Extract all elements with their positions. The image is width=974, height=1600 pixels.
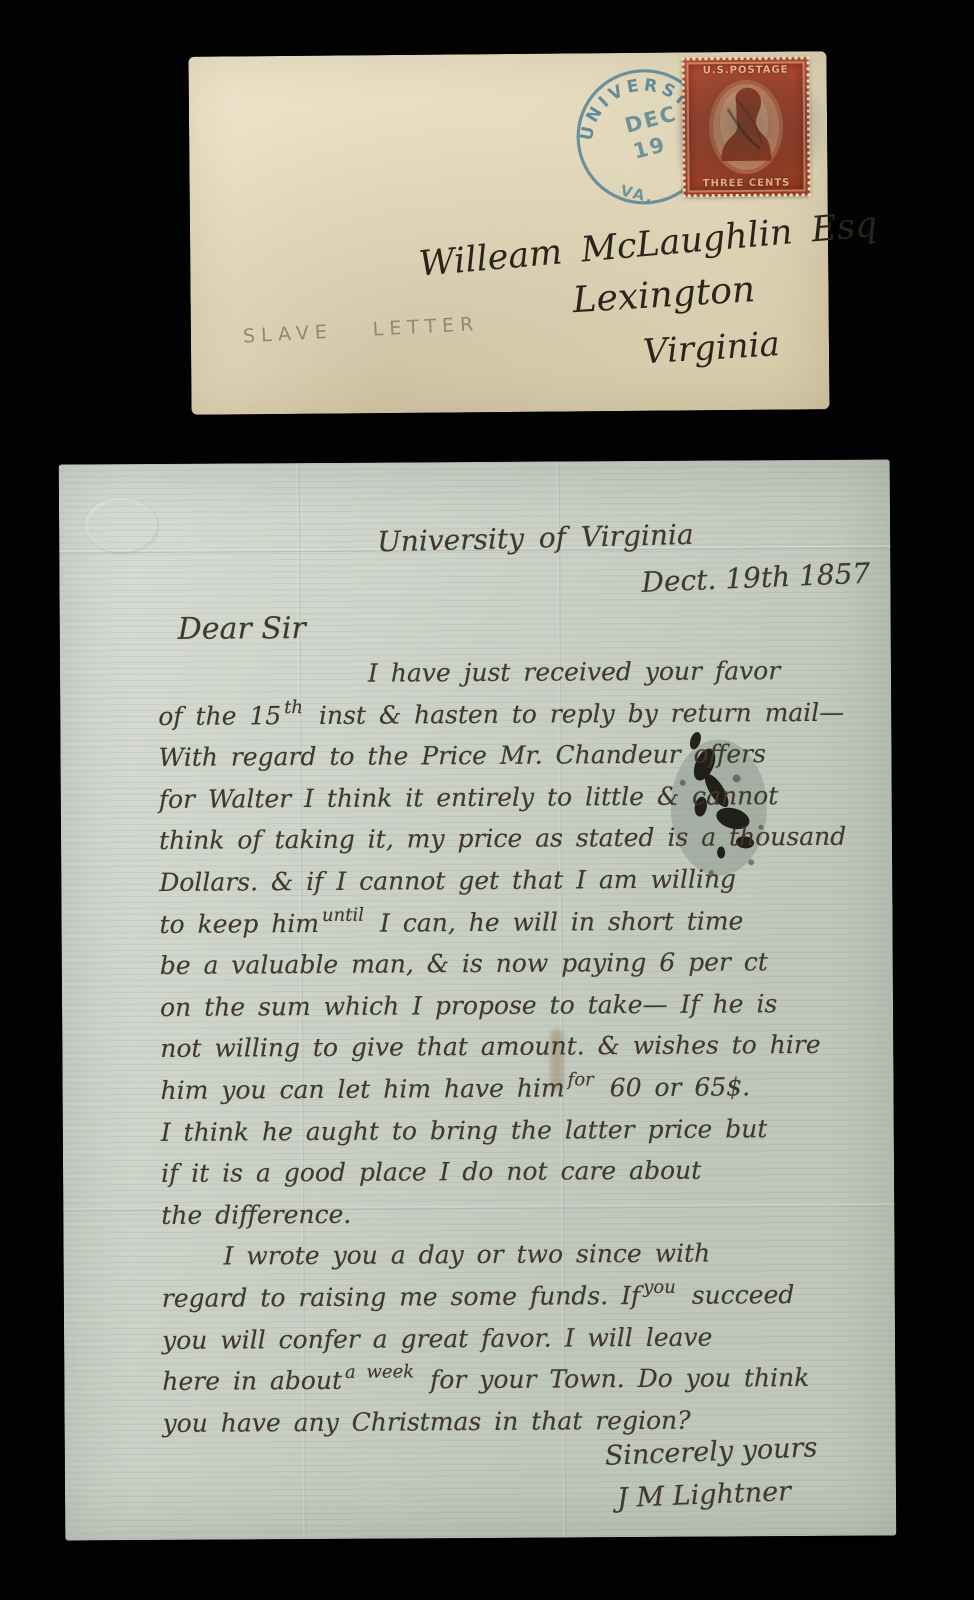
postmark-state: VA. [619, 181, 656, 206]
letter-line: the difference. [161, 1196, 858, 1242]
letter-line-text: you have any Christmas in that region? [162, 1405, 690, 1437]
washington-portrait-icon [706, 77, 787, 178]
address-line-2: Lexington [571, 269, 756, 321]
letter-line-text: inst & hasten to reply by return mail— [306, 697, 844, 729]
letter-line: I have just received your favor [368, 656, 855, 701]
letter-line: here in abouta week for your Town. Do yo… [162, 1363, 859, 1409]
letter-line-text: him you can let him have him [160, 1073, 564, 1104]
stamp-top-text: U.S.POSTAGE [683, 64, 809, 76]
letter-line: regard to raising me some funds. Ifyou s… [162, 1280, 859, 1326]
stationery-embossing [85, 498, 157, 552]
letter-line-text: I wrote you a day or two since with [223, 1239, 710, 1271]
letter-line-text: I have just received your favor [368, 656, 780, 688]
letter-line: I think he aught to bring the latter pri… [161, 1113, 858, 1159]
letter-line: for Walter I think it entirely to little… [159, 780, 856, 826]
letter-line: of the 15th inst & hasten to reply by re… [158, 697, 855, 743]
inserted-word: th [281, 697, 306, 718]
letter-line: him you can let him have himfor 60 or 65… [160, 1072, 857, 1118]
letter-salutation: Dear Sir [178, 611, 306, 647]
letter-line-text: of the 15 [158, 701, 281, 731]
letter-line-text: be a valuable man, & is now paying 6 per… [160, 947, 768, 980]
letter-line-text: With regard to the Price Mr. Chandeur of… [158, 739, 766, 772]
letter-line-text: Dollars. & if I cannot get that I am wil… [159, 864, 736, 897]
letter-line: on the sum which I propose to take— If h… [160, 988, 857, 1034]
letter-place-heading: University of Virginia [377, 518, 694, 558]
letter-line-text: to keep him [159, 909, 319, 939]
postmark-day: 19 [631, 132, 669, 164]
letter-line: be a valuable man, & is now paying 6 per… [160, 947, 857, 993]
address-line-3: Virginia [642, 324, 781, 372]
inserted-word: you [640, 1277, 679, 1298]
postmark-month: DEC [622, 101, 680, 138]
letter-line-text: for your Town. Do you think [417, 1363, 809, 1394]
photo-scene: UNIVERSITY DEC 19 VA. U.S.POSTAGE THREE … [0, 0, 974, 1600]
letter-line-text: I can, he will in short time [367, 906, 744, 937]
letter-line-text: regard to raising me some funds. If [162, 1281, 641, 1313]
letter-line-text: the difference. [161, 1199, 351, 1229]
letter-line-text: you will confer a great favor. I will le… [162, 1322, 713, 1354]
postage-stamp: U.S.POSTAGE THREE CENTS [682, 57, 809, 196]
inserted-word: until [319, 904, 367, 925]
letter-line: not willing to give that amount. & wishe… [160, 1030, 857, 1076]
letter-signature: J M Lightner [616, 1476, 791, 1514]
pencil-annotation: SLAVE LETTER [242, 313, 479, 347]
stamp-bottom-text: THREE CENTS [684, 177, 810, 189]
letter-line-text: if it is a good place I do not care abou… [161, 1156, 701, 1188]
letter-body: I have just received your favorof the 15… [158, 656, 860, 1451]
inserted-word: a week [342, 1361, 417, 1382]
letter-line-text: 60 or 65$. [597, 1072, 751, 1102]
letter-line-text: succeed [679, 1280, 795, 1310]
letter-sheet: University of Virginia Dect. 19th 1857 D… [59, 459, 897, 1540]
letter-line-text: on the sum which I propose to take— If h… [160, 989, 777, 1022]
letter-line: if it is a good place I do not care abou… [161, 1155, 858, 1201]
letter-line: think of taking it, my price as stated i… [159, 822, 856, 868]
letter-line-text: think of taking it, my price as stated i… [159, 822, 846, 855]
inserted-word: for [565, 1069, 597, 1090]
letter-line: Dollars. & if I cannot get that I am wil… [159, 864, 856, 910]
letter-line-text: not willing to give that amount. & wishe… [160, 1030, 820, 1063]
letter-line-text: I think he aught to bring the latter pri… [161, 1114, 768, 1147]
letter-line: With regard to the Price Mr. Chandeur of… [158, 739, 855, 785]
letter-date-heading: Dect. 19th 1857 [641, 557, 871, 599]
letter-line: to keep himuntil I can, he will in short… [159, 905, 856, 951]
letter-line-text: for Walter I think it entirely to little… [159, 781, 779, 814]
letter-line-text: here in about [162, 1366, 342, 1396]
letter-line: I wrote you a day or two since with [223, 1238, 858, 1283]
envelope: UNIVERSITY DEC 19 VA. U.S.POSTAGE THREE … [188, 51, 829, 415]
letter-line: you will confer a great favor. I will le… [162, 1321, 859, 1367]
